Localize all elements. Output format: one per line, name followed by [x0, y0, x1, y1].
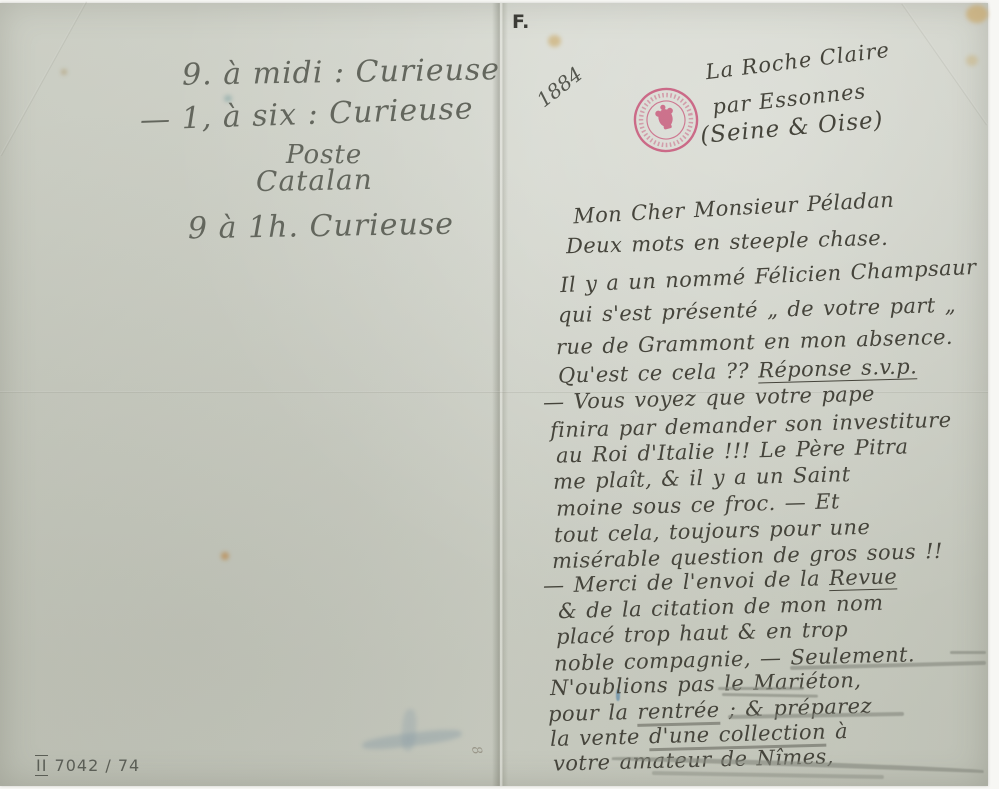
letter-scan: 9. à midi : Curieuse — 1, à six : Curieu… [0, 0, 999, 789]
archive-letter-mark: F. [512, 11, 529, 33]
pencil-note: 9 à 1h. Curieuse [188, 207, 455, 247]
pencil-note-text: 9. à midi : Curieuse [182, 52, 501, 93]
underlined-text: Revue [829, 564, 898, 591]
pencil-note-text: 9 à 1h. Curieuse [188, 207, 455, 247]
catalog-series: II [35, 755, 48, 776]
archive-letter-text: F. [512, 11, 529, 33]
letter-paper: 9. à midi : Curieuse — 1, à six : Curieu… [0, 3, 988, 786]
pencil-note: Catalan [256, 163, 373, 198]
pencil-note: 9. à midi : Curieuse [182, 52, 501, 93]
line-text: la vente [550, 724, 649, 751]
line-text: ; & préparez [719, 694, 872, 722]
underlined-text: Réponse s.v.p. [758, 354, 918, 383]
catalog-number: II 7042 / 74 [35, 756, 140, 775]
pencil-note-text: Catalan [256, 163, 373, 198]
line-text: pour la [548, 700, 638, 726]
center-fold-crease [492, 3, 508, 786]
line-text: à [826, 719, 849, 744]
catalog-value: 7042 / 74 [55, 756, 141, 775]
